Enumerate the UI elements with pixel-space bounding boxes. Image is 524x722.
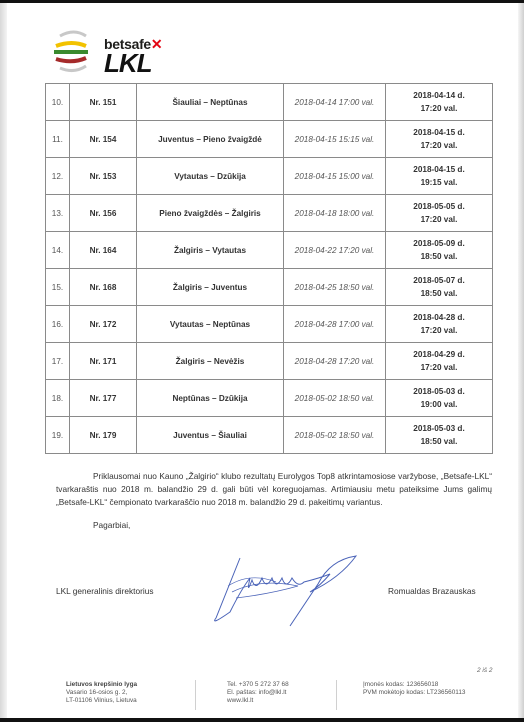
table-row: 14.Nr. 164Žalgiris – Vytautas2018-04-22 … — [46, 232, 493, 269]
new-time: 17:20 val. — [389, 102, 489, 115]
original-time: 2018-04-22 17:20 val. — [284, 232, 386, 269]
new-datetime: 2018-04-15 d.19:15 val. — [386, 158, 493, 195]
row-index: 10. — [46, 84, 70, 121]
game-number: Nr. 177 — [70, 380, 137, 417]
game-number: Nr. 151 — [70, 84, 137, 121]
row-index: 11. — [46, 121, 70, 158]
new-datetime: 2018-05-03 d.18:50 val. — [386, 417, 493, 454]
game-number: Nr. 156 — [70, 195, 137, 232]
scan-right-edge — [518, 3, 524, 718]
new-time: 19:00 val. — [389, 398, 489, 411]
new-datetime: 2018-05-05 d.17:20 val. — [386, 195, 493, 232]
row-index: 13. — [46, 195, 70, 232]
game-number: Nr. 171 — [70, 343, 137, 380]
signature-image — [180, 548, 370, 628]
match-teams: Šiauliai – Neptūnas — [137, 84, 284, 121]
basketball-stripes-icon — [52, 28, 92, 74]
original-time: 2018-04-15 15:15 val. — [284, 121, 386, 158]
match-teams: Juventus – Šiauliai — [137, 417, 284, 454]
original-time: 2018-04-15 15:00 val. — [284, 158, 386, 195]
game-number: Nr. 172 — [70, 306, 137, 343]
footer-org-name: Lietuvos krepšinio lyga — [66, 681, 137, 689]
scan-left-edge — [0, 3, 7, 718]
new-date: 2018-04-29 d. — [389, 348, 489, 361]
new-time: 18:50 val. — [389, 435, 489, 448]
row-index: 18. — [46, 380, 70, 417]
table-row: 18.Nr. 177Neptūnas – Dzūkija2018-05-02 1… — [46, 380, 493, 417]
director-title: LKL generalinis direktorius — [56, 586, 153, 596]
new-date: 2018-04-14 d. — [389, 89, 489, 102]
closing-regards: Pagarbiai, — [93, 520, 130, 530]
new-time: 18:50 val. — [389, 287, 489, 300]
game-number: Nr. 153 — [70, 158, 137, 195]
new-date: 2018-05-03 d. — [389, 385, 489, 398]
row-index: 12. — [46, 158, 70, 195]
table-row: 19.Nr. 179Juventus – Šiauliai2018-05-02 … — [46, 417, 493, 454]
new-date: 2018-04-15 d. — [389, 126, 489, 139]
footer-vat-code: PVM mokėtojo kodas: LT236560113 — [363, 689, 465, 697]
scan-top-edge — [0, 0, 524, 3]
new-time: 17:20 val. — [389, 139, 489, 152]
schedule-table: 10.Nr. 151Šiauliai – Neptūnas2018-04-14 … — [45, 83, 493, 454]
original-time: 2018-05-02 18:50 val. — [284, 417, 386, 454]
page-number: 2 iš 2 — [477, 667, 493, 674]
table-row: 17.Nr. 171Žalgiris – Nevėžis2018-04-28 1… — [46, 343, 493, 380]
scan-bottom-edge — [0, 718, 524, 722]
table-row: 12.Nr. 153Vytautas – Dzūkija2018-04-15 1… — [46, 158, 493, 195]
footer-company-code: Įmonės kodas: 123656018 — [363, 681, 465, 689]
new-date: 2018-05-09 d. — [389, 237, 489, 250]
new-date: 2018-05-07 d. — [389, 274, 489, 287]
match-teams: Juventus – Pieno žvaigždė — [137, 121, 284, 158]
new-date: 2018-04-28 d. — [389, 311, 489, 324]
table-row: 15.Nr. 168Žalgiris – Juventus2018-04-25 … — [46, 269, 493, 306]
new-datetime: 2018-04-29 d.17:20 val. — [386, 343, 493, 380]
original-time: 2018-04-25 18:50 val. — [284, 269, 386, 306]
table-row: 16.Nr. 172Vytautas – Neptūnas2018-04-28 … — [46, 306, 493, 343]
original-time: 2018-04-18 18:00 val. — [284, 195, 386, 232]
table-row: 10.Nr. 151Šiauliai – Neptūnas2018-04-14 … — [46, 84, 493, 121]
original-time: 2018-05-02 18:50 val. — [284, 380, 386, 417]
table-row: 11.Nr. 154Juventus – Pieno žvaigždė2018-… — [46, 121, 493, 158]
match-teams: Vytautas – Dzūkija — [137, 158, 284, 195]
betsafe-x-icon: ✕ — [151, 36, 162, 52]
footer-email: El. paštas: info@lkl.lt — [227, 689, 289, 697]
footer-address-line1: Vasario 16-osios g. 2, — [66, 689, 137, 697]
match-teams: Neptūnas – Dzūkija — [137, 380, 284, 417]
original-time: 2018-04-28 17:00 val. — [284, 306, 386, 343]
new-datetime: 2018-05-09 d.18:50 val. — [386, 232, 493, 269]
footer-divider — [336, 680, 337, 710]
footer-contacts: Tel. +370 5 272 37 68 El. paštas: info@l… — [227, 681, 289, 705]
logo-league-text: LKL — [104, 48, 152, 79]
row-index: 15. — [46, 269, 70, 306]
match-teams: Žalgiris – Juventus — [137, 269, 284, 306]
row-index: 16. — [46, 306, 70, 343]
new-time: 19:15 val. — [389, 176, 489, 189]
new-date: 2018-04-15 d. — [389, 163, 489, 176]
table-row: 13.Nr. 156Pieno žvaigždės – Žalgiris2018… — [46, 195, 493, 232]
notice-paragraph: Priklausomai nuo Kauno „Žalgirio“ klubo … — [56, 470, 492, 509]
row-index: 17. — [46, 343, 70, 380]
footer-website: www.lkl.lt — [227, 697, 289, 705]
original-time: 2018-04-28 17:20 val. — [284, 343, 386, 380]
match-teams: Žalgiris – Nevėžis — [137, 343, 284, 380]
footer-phone: Tel. +370 5 272 37 68 — [227, 681, 289, 689]
new-datetime: 2018-04-14 d.17:20 val. — [386, 84, 493, 121]
new-datetime: 2018-05-03 d.19:00 val. — [386, 380, 493, 417]
new-datetime: 2018-04-28 d.17:20 val. — [386, 306, 493, 343]
original-time: 2018-04-14 17:00 val. — [284, 84, 386, 121]
game-number: Nr. 179 — [70, 417, 137, 454]
match-teams: Vytautas – Neptūnas — [137, 306, 284, 343]
row-index: 14. — [46, 232, 70, 269]
director-name: Romualdas Brazauskas — [388, 586, 476, 596]
new-time: 17:20 val. — [389, 213, 489, 226]
game-number: Nr. 168 — [70, 269, 137, 306]
match-teams: Pieno žvaigždės – Žalgiris — [137, 195, 284, 232]
new-datetime: 2018-05-07 d.18:50 val. — [386, 269, 493, 306]
footer-address: Lietuvos krepšinio lyga Vasario 16-osios… — [66, 681, 137, 705]
match-teams: Žalgiris – Vytautas — [137, 232, 284, 269]
betsafe-lkl-logo: betsafe✕ LKL — [52, 28, 172, 76]
new-date: 2018-05-03 d. — [389, 422, 489, 435]
new-date: 2018-05-05 d. — [389, 200, 489, 213]
footer-codes: Įmonės kodas: 123656018 PVM mokėtojo kod… — [363, 681, 465, 697]
footer-divider — [195, 680, 196, 710]
row-index: 19. — [46, 417, 70, 454]
game-number: Nr. 164 — [70, 232, 137, 269]
footer-address-line2: LT-01106 Vilnius, Lietuva — [66, 697, 137, 705]
new-datetime: 2018-04-15 d.17:20 val. — [386, 121, 493, 158]
game-number: Nr. 154 — [70, 121, 137, 158]
new-time: 17:20 val. — [389, 361, 489, 374]
new-time: 17:20 val. — [389, 324, 489, 337]
new-time: 18:50 val. — [389, 250, 489, 263]
